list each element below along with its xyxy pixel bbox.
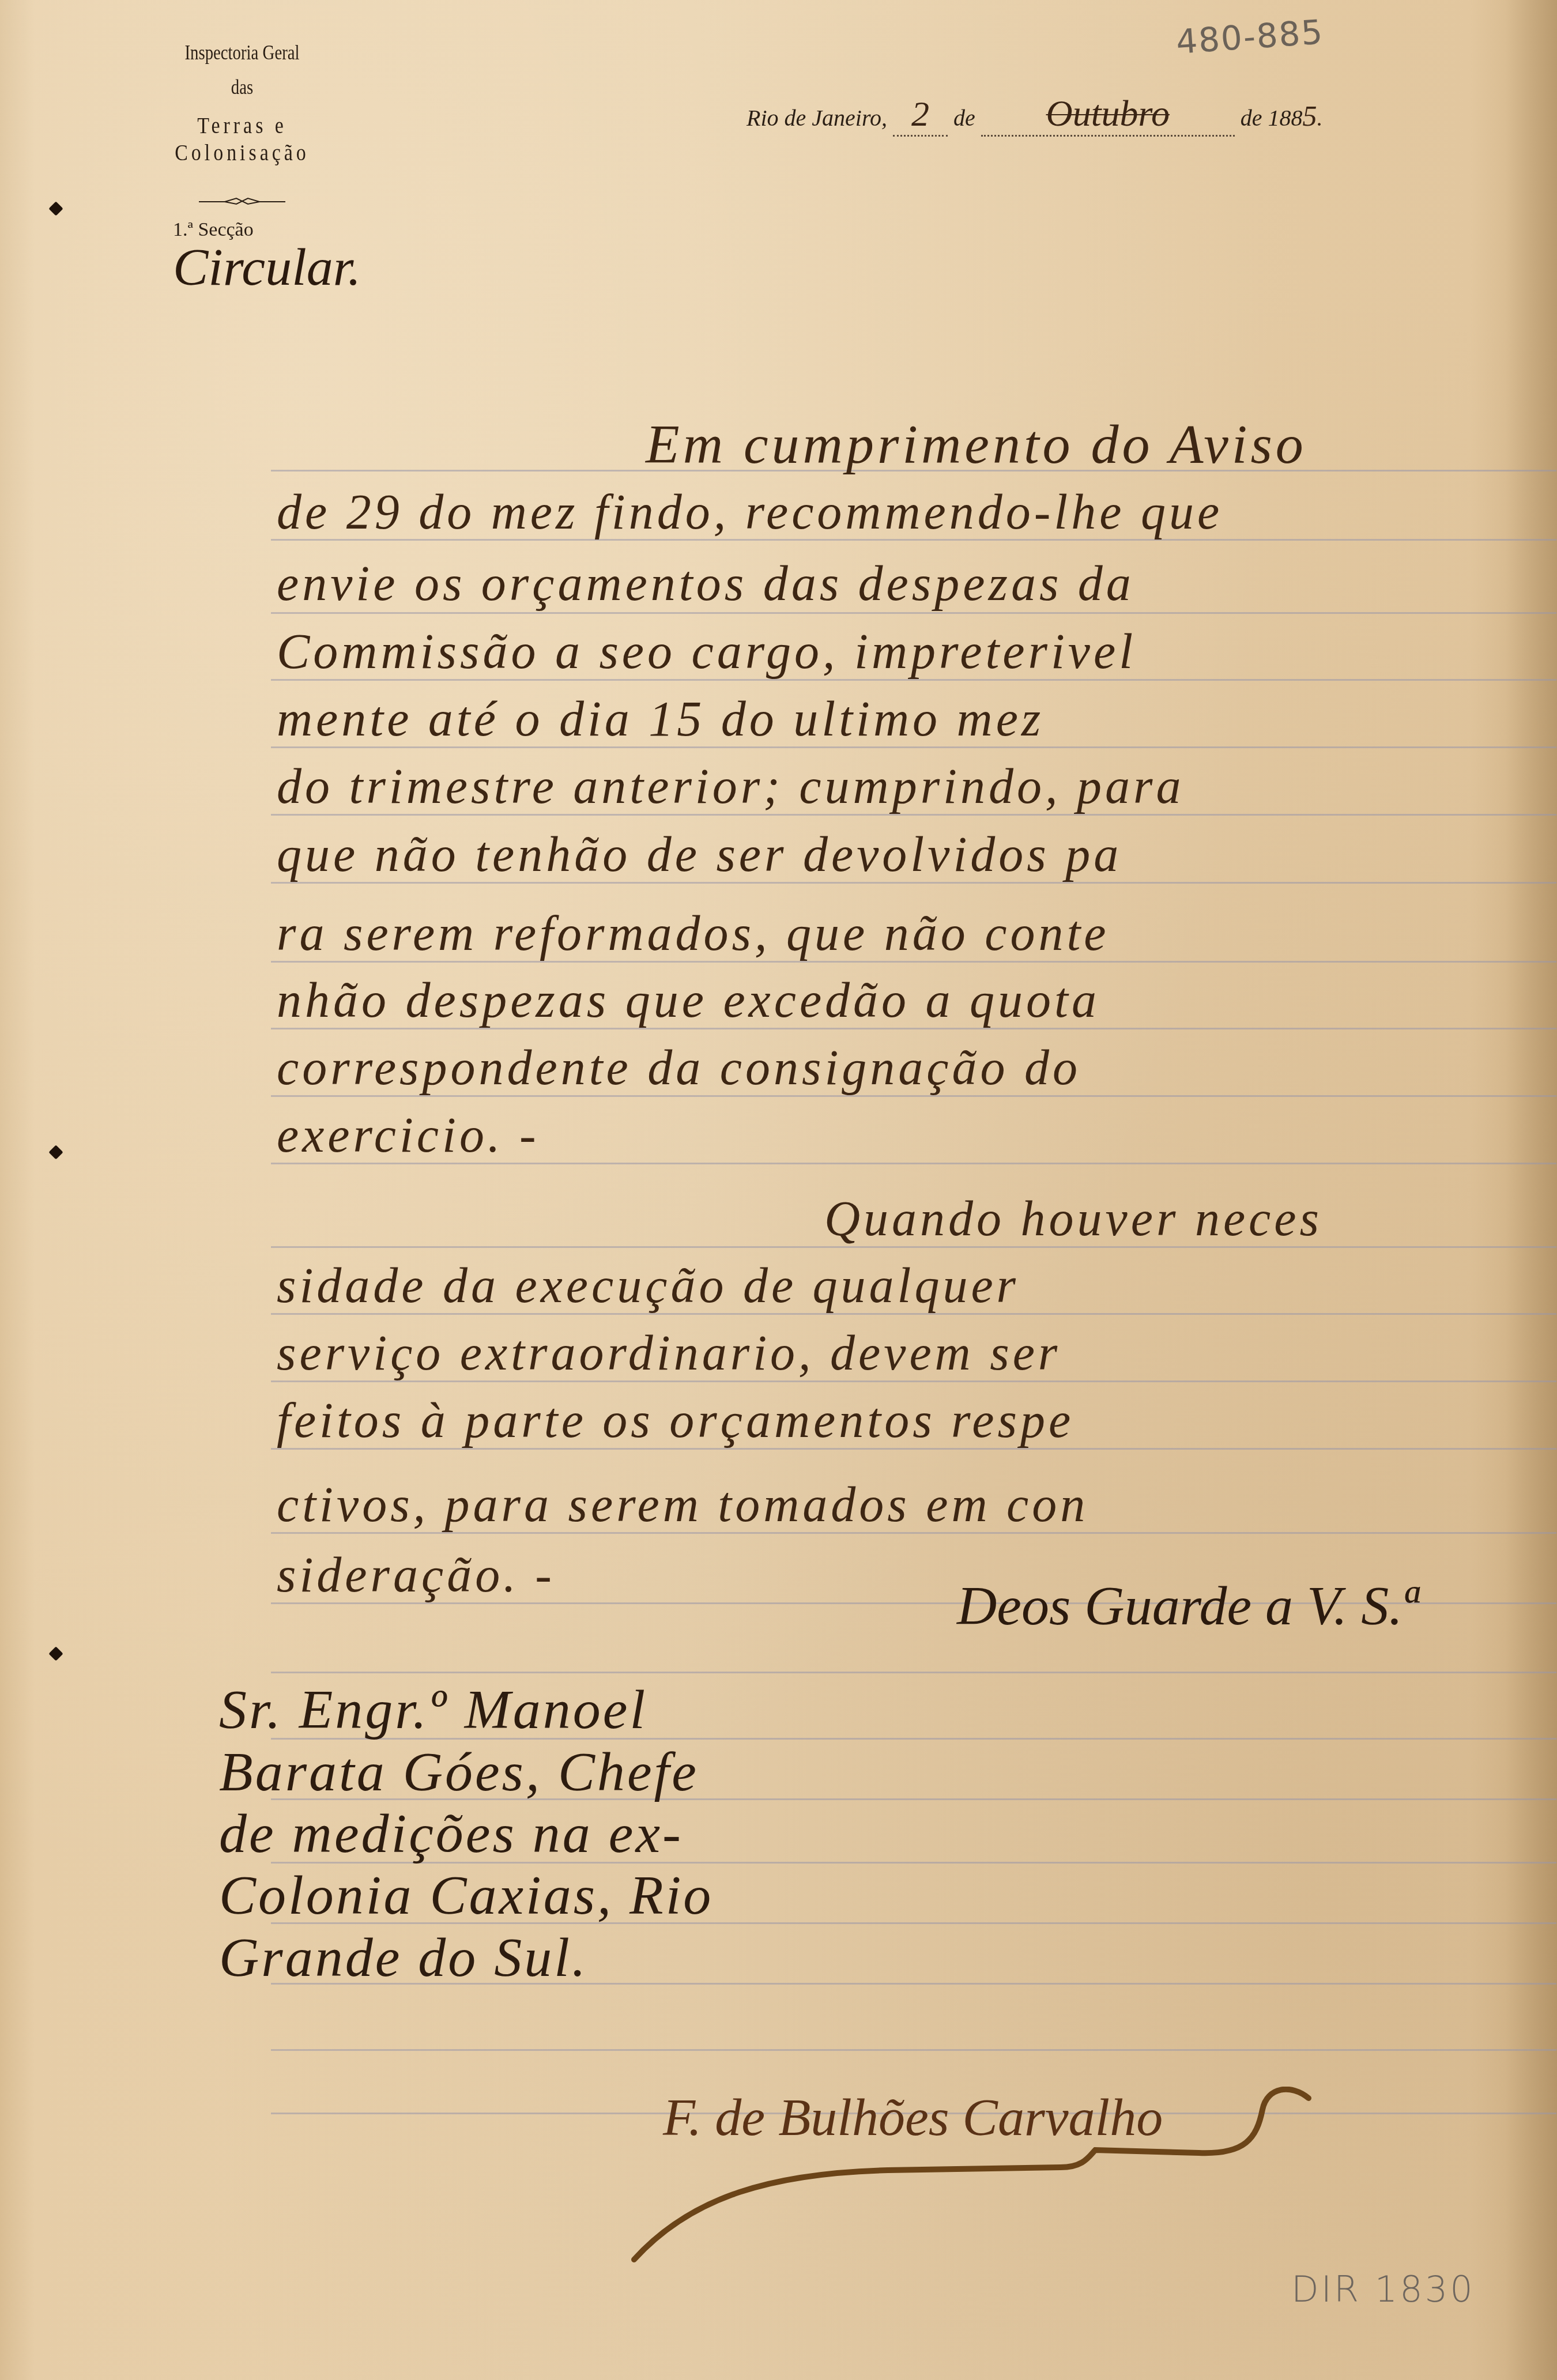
- body-line: mente até o dia 15 do ultimo mez: [277, 690, 1545, 748]
- body-line: feitos à parte os orçamentos respe: [277, 1391, 1545, 1449]
- ruled-line: [271, 612, 1556, 614]
- ruled-line: [271, 1672, 1556, 1673]
- body-line: de 29 do mez findo, recommendo-lhe que: [277, 483, 1545, 541]
- dateline-de: de: [1241, 105, 1262, 131]
- letterhead: Inspectoria Geral das Terras e Colonisaç…: [107, 40, 378, 208]
- letterhead-line-1: Inspectoria Geral: [134, 40, 350, 65]
- date-month: Outubro: [981, 92, 1235, 137]
- dateline: Rio de Janeiro, 2 de Outubro de 1885.: [747, 92, 1323, 137]
- addressee-line: Barata Góes, Chefe: [219, 1740, 699, 1804]
- date-day: 2: [893, 94, 948, 137]
- closing-salutation: Deos Guarde a V. S.ª: [957, 1574, 1418, 1638]
- ornament-divider-icon: [199, 196, 285, 208]
- date-year-prefix: 188: [1268, 105, 1303, 131]
- addressee-line: Colonia Caxias, Rio: [219, 1863, 713, 1927]
- letterhead-line-2: das: [134, 75, 350, 99]
- dateline-place: Rio de Janeiro,: [747, 105, 887, 131]
- addressee-line: de medições na ex-: [219, 1801, 683, 1865]
- addressee-line: Sr. Engr.º Manoel: [219, 1677, 647, 1741]
- body-line: serviço extraordinario, devem ser: [277, 1324, 1545, 1382]
- body-line: ra serem reformados, que não conte: [277, 904, 1545, 962]
- body-line: que não tenhão de ser devolvidos pa: [277, 825, 1545, 883]
- body-line: sidade da execução de qualquer: [277, 1257, 1545, 1314]
- document-title: Circular.: [173, 236, 361, 297]
- dateline-de: de: [953, 105, 975, 131]
- addressee-line: Grande do Sul.: [219, 1925, 588, 1989]
- body-line: correspondente da consignação do: [277, 1039, 1545, 1096]
- dateline-end: .: [1317, 105, 1323, 131]
- body-line: Quando houver neces: [824, 1190, 1557, 1247]
- ruled-line: [271, 2049, 1556, 2051]
- body-line: envie os orçamentos das despezas da: [277, 555, 1545, 612]
- date-year-digit: 5: [1303, 100, 1317, 132]
- letterhead-line-3: Terras e Colonisação: [127, 112, 357, 166]
- body-line: nhão despezas que excedão a quota: [277, 971, 1545, 1029]
- body-line: exercicio. -: [277, 1106, 1545, 1164]
- body-line: Em cumprimento do Aviso: [646, 412, 1557, 476]
- body-line: ctivos, para serem tomados em con: [277, 1476, 1545, 1533]
- body-line: Commissão a seo cargo, impreterivel: [277, 623, 1545, 680]
- body-line: do trimestre anterior; cumprindo, para: [277, 757, 1545, 815]
- signature-flourish-icon: [623, 2087, 1458, 2277]
